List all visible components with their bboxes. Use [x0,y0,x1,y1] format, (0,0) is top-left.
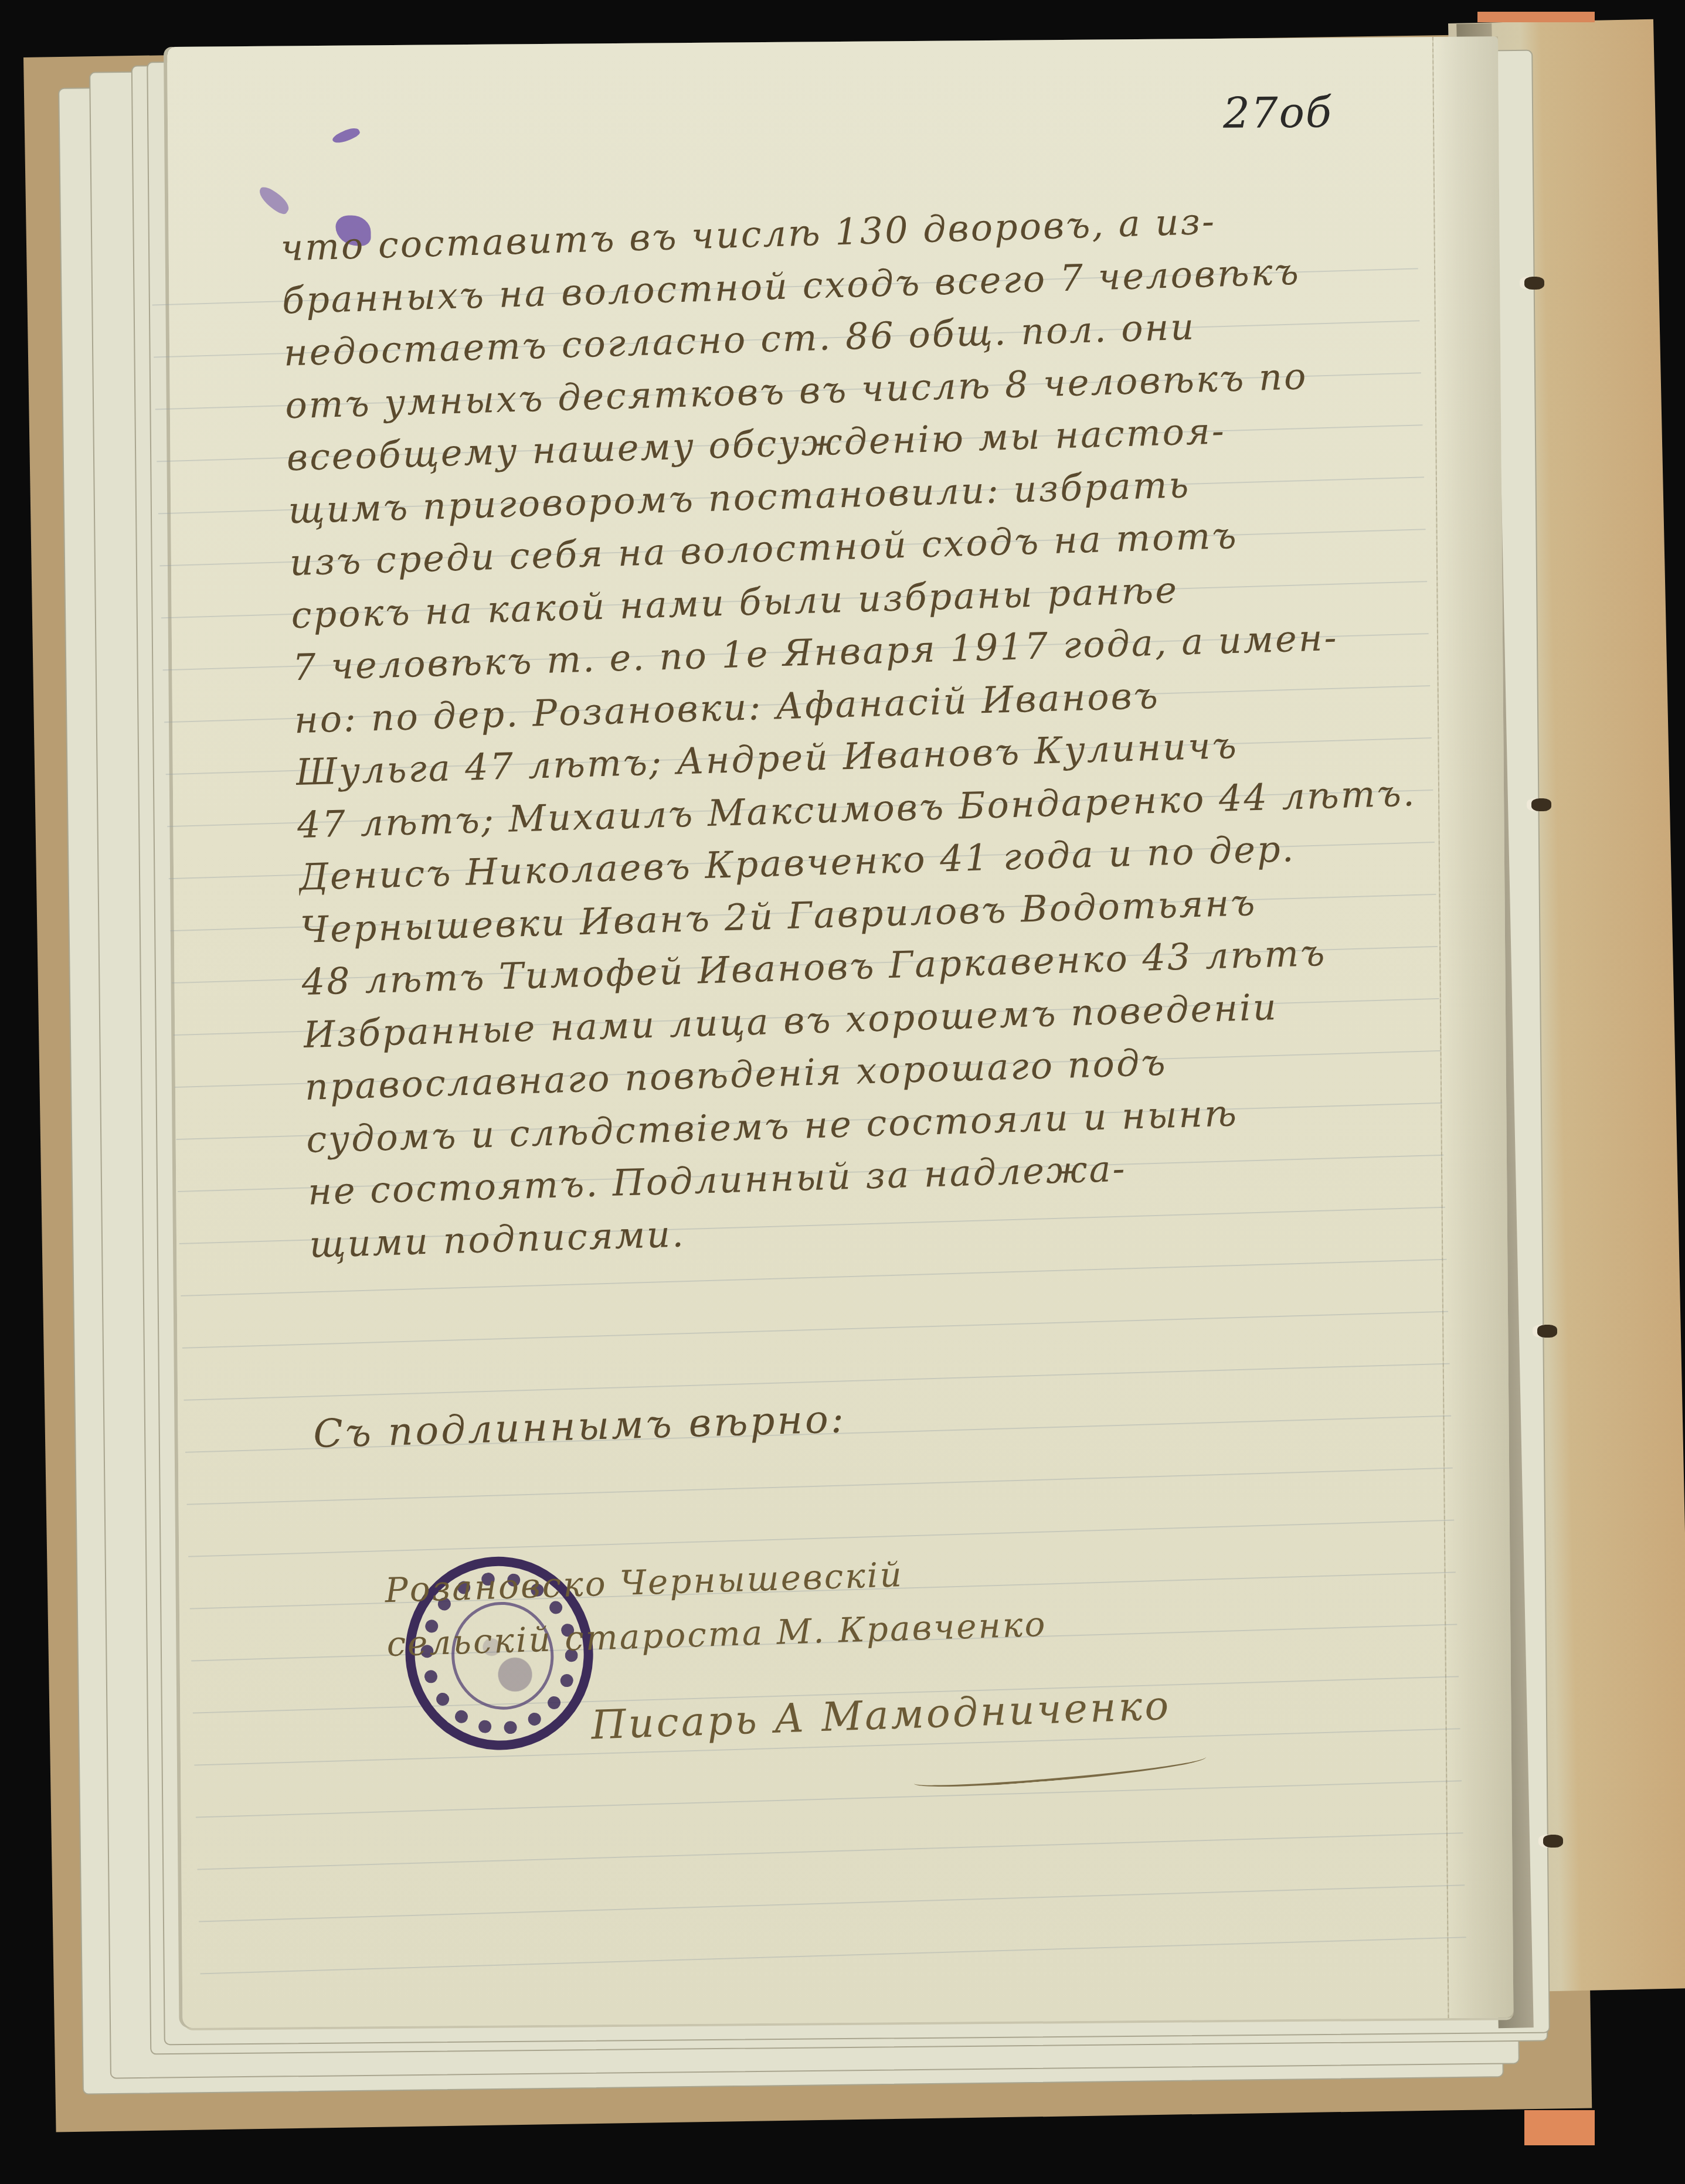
stamp-fragment-icon [255,184,293,216]
binding-hole-icon [1531,798,1551,811]
orange-binding-tape-bottom [1524,2110,1595,2145]
binding-hole-icon [1543,1835,1563,1848]
scan-scene: 27об что составитъ въ числѣ 130 дворовъ,… [0,0,1685,2184]
binding-hole-icon [1524,277,1544,290]
document-page: 27об что составитъ въ числѣ 130 дворовъ,… [167,36,1513,2028]
folio-number: 27об [1223,87,1333,137]
elder-signature-block: Розановско Чернышевскiй сельскiй старост… [384,1543,1047,1671]
handwritten-body: что составитъ въ числѣ 130 дворовъ, а из… [280,189,1453,1270]
binding-hole-icon [1537,1325,1557,1338]
stamp-fragment-icon [331,125,361,147]
orange-binding-tape-top [1477,12,1595,22]
